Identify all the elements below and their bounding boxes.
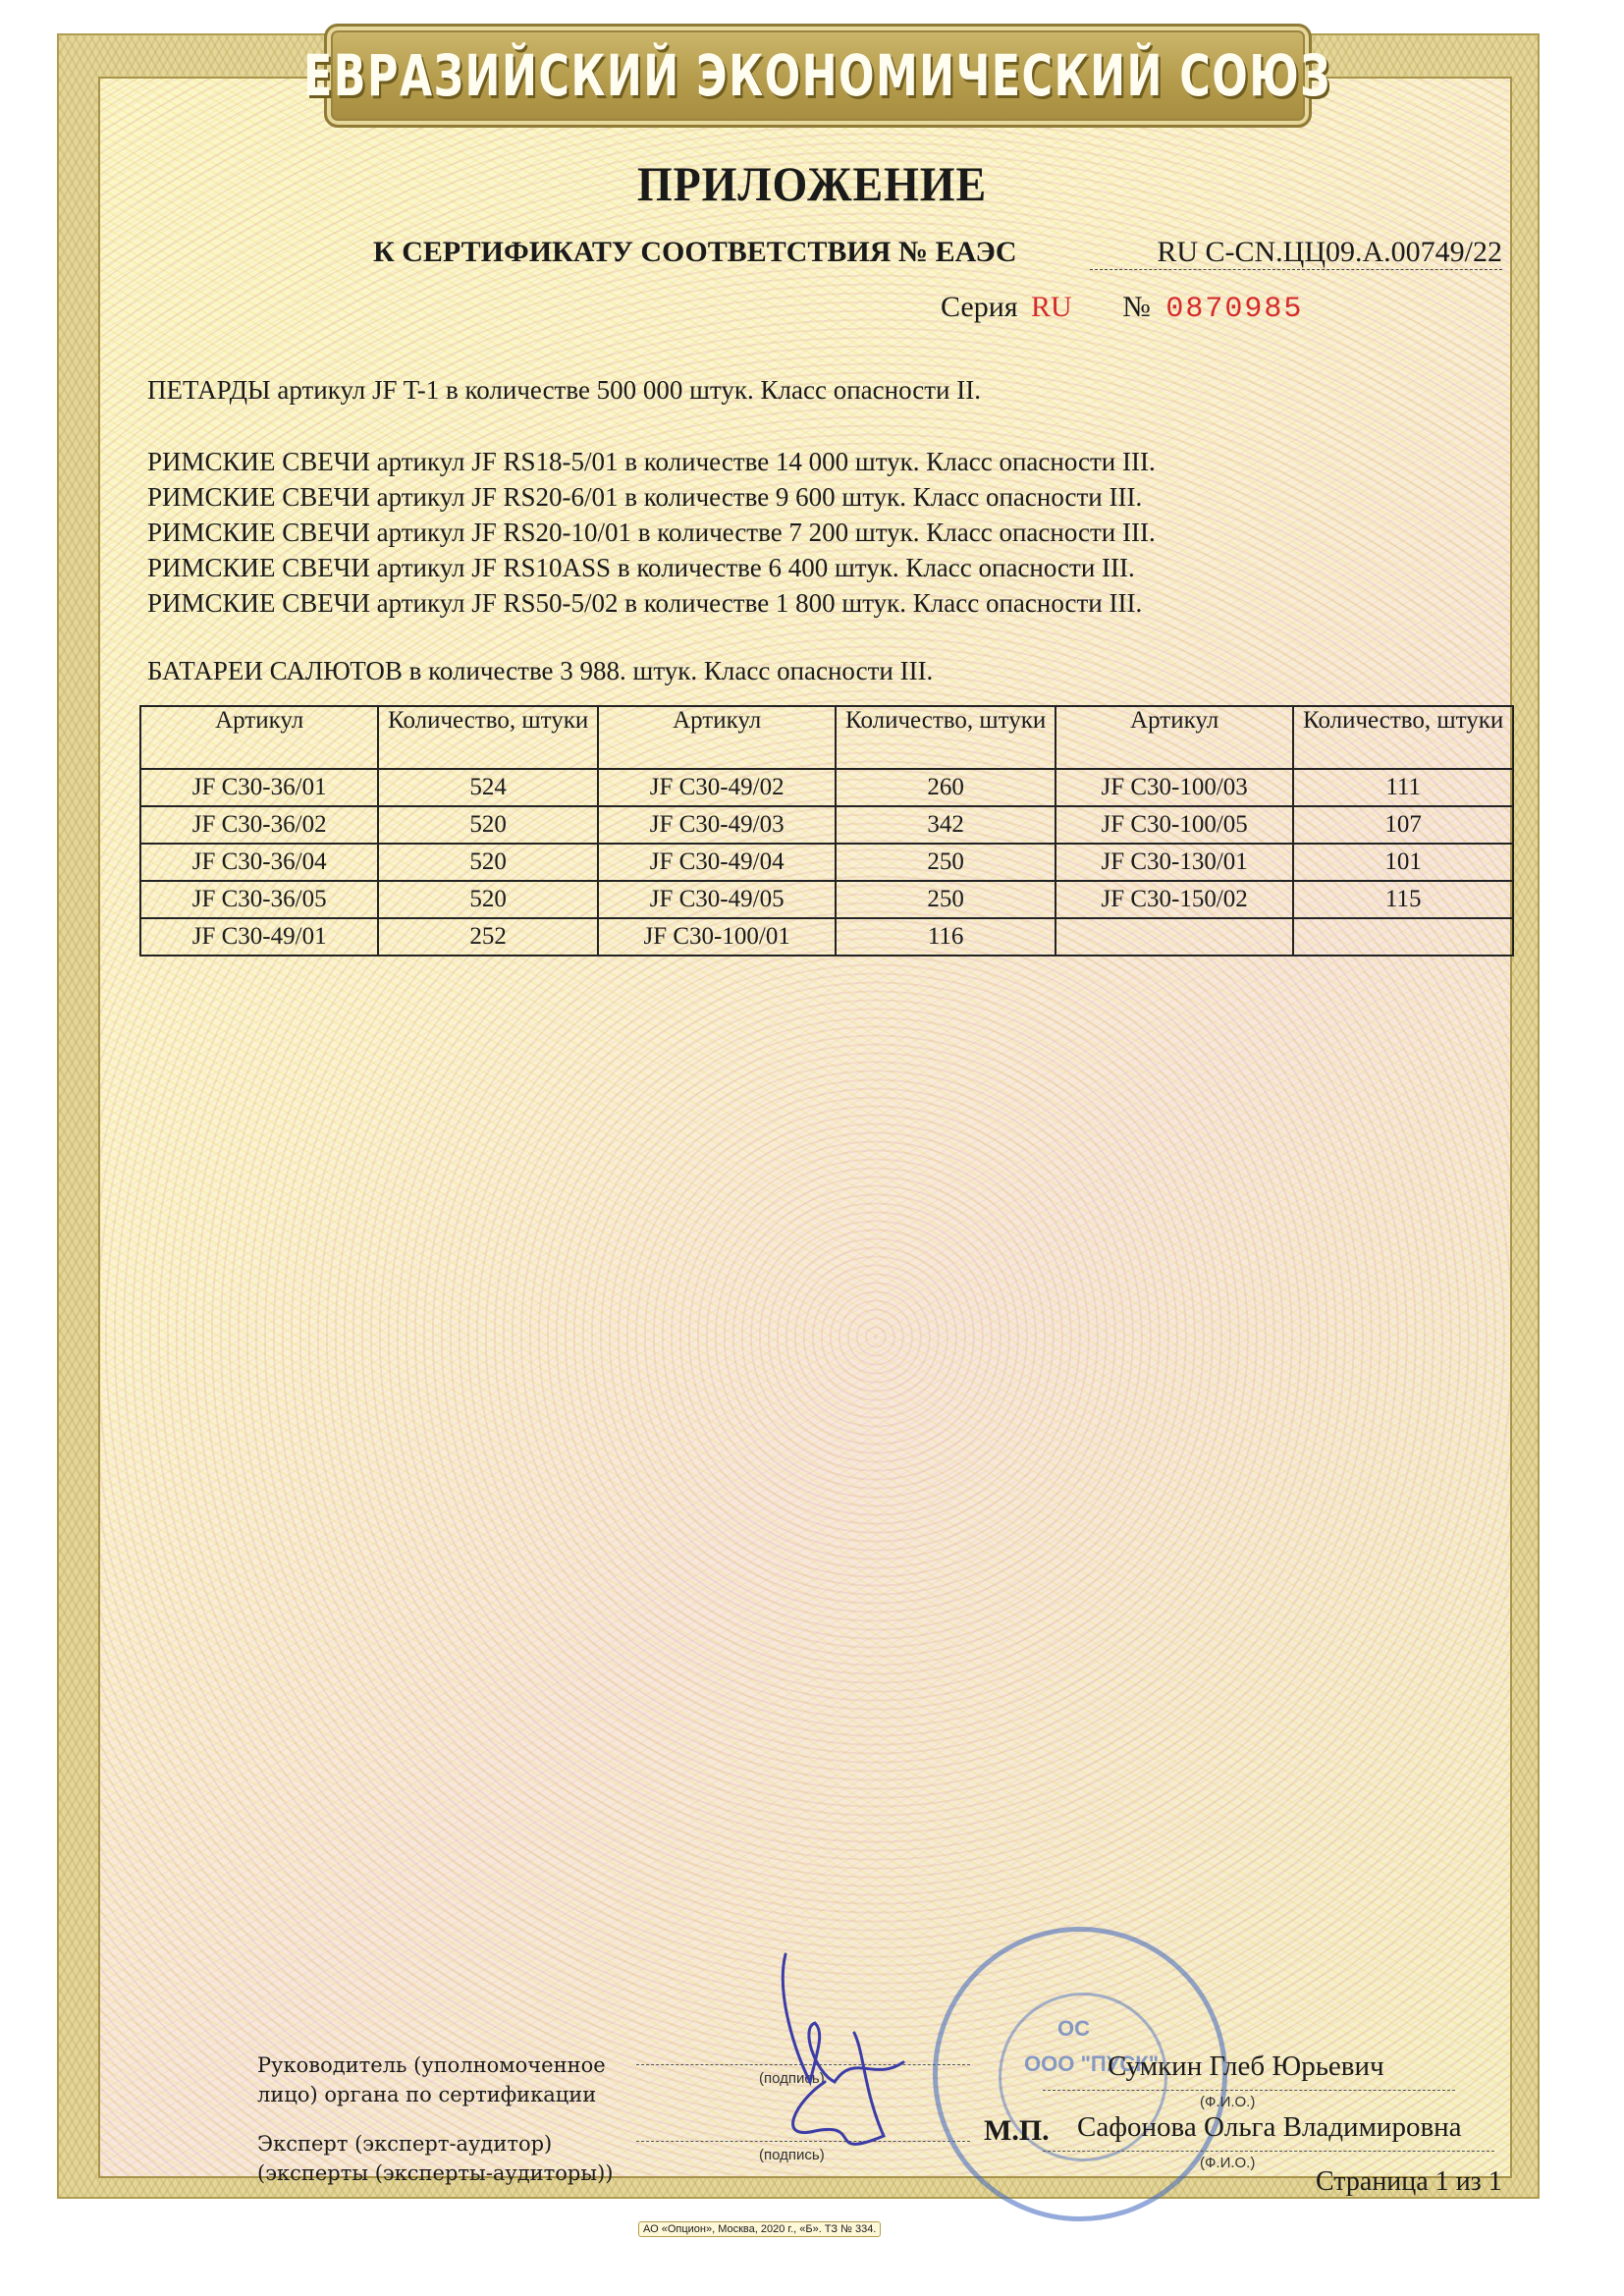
head-label-1: Руководитель (уполномоченное [257, 2050, 606, 2080]
roman-candle-line: РИМСКИЕ СВЕЧИ артикул JF RS20-6/01 в кол… [147, 482, 1142, 513]
column-header: Артикул [1056, 706, 1293, 769]
article-cell: JF C30-49/01 [140, 918, 378, 956]
quantity-cell: 115 [1293, 881, 1513, 918]
quantity-cell: 260 [836, 769, 1056, 806]
head-name-line [1043, 2090, 1455, 2091]
handwritten-signature [756, 1935, 933, 2160]
batteries-table: Артикул Количество, штуки Артикул Количе… [139, 705, 1514, 957]
roman-candle-line: РИМСКИЕ СВЕЧИ артикул JF RS50-5/02 в кол… [147, 588, 1142, 619]
quantity-cell: 250 [836, 881, 1056, 918]
article-cell: JF C30-49/02 [598, 769, 836, 806]
stamp-center-top: ОС [1057, 2016, 1090, 2042]
expert-fio-caption: (Ф.И.О.) [1200, 2155, 1255, 2171]
head-fio-caption: (Ф.И.О.) [1200, 2094, 1255, 2110]
quantity-cell: 520 [378, 844, 598, 881]
article-cell: JF C30-36/05 [140, 881, 378, 918]
quantity-cell: 252 [378, 918, 598, 956]
series-label: Серия [941, 291, 1018, 323]
expert-name: Сафонова Ольга Владимировна [1077, 2111, 1462, 2144]
article-cell: JF C30-49/03 [598, 806, 836, 844]
roman-candle-line: РИМСКИЕ СВЕЧИ артикул JF RS10ASS в колич… [147, 553, 1135, 583]
expert-name-line [1043, 2151, 1494, 2152]
table-header-row: Артикул Количество, штуки Артикул Количе… [140, 706, 1513, 769]
number-label: № [1122, 291, 1151, 323]
expert-label-1: Эксперт (эксперт-аудитор) [257, 2129, 552, 2159]
article-cell: JF C30-49/04 [598, 844, 836, 881]
article-cell: JF C30-36/04 [140, 844, 378, 881]
quantity-cell: 116 [836, 918, 1056, 956]
table-row: JF C30-49/01252JF C30-100/01116 [140, 918, 1513, 956]
article-cell [1056, 918, 1293, 956]
table-row: JF C30-36/02520JF C30-49/03342JF C30-100… [140, 806, 1513, 844]
page-title: ПРИЛОЖЕНИЕ [65, 155, 1559, 212]
roman-candle-line: РИМСКИЕ СВЕЧИ артикул JF RS20-10/01 в ко… [147, 518, 1156, 548]
series-line: Серия RU № 0870985 [941, 291, 1303, 326]
article-cell: JF C30-100/03 [1056, 769, 1293, 806]
quantity-cell [1293, 918, 1513, 956]
head-label-2: лицо) органа по сертификации [257, 2080, 596, 2109]
article-cell: JF C30-49/05 [598, 881, 836, 918]
column-header: Количество, штуки [378, 706, 598, 769]
quantity-cell: 250 [836, 844, 1056, 881]
quantity-cell: 107 [1293, 806, 1513, 844]
expert-label-2: (эксперты (эксперты-аудиторы)) [257, 2159, 613, 2188]
table-row: JF C30-36/01524JF C30-49/02260JF C30-100… [140, 769, 1513, 806]
quantity-cell: 342 [836, 806, 1056, 844]
printer-imprint: АО «Опцион», Москва, 2020 г., «Б». ТЗ № … [638, 2221, 881, 2237]
certificate-prefix: К СЕРТИФИКАТУ СООТВЕТСТВИЯ № ЕАЭС [373, 236, 1017, 269]
article-cell: JF C30-100/01 [598, 918, 836, 956]
roman-candle-line: РИМСКИЕ СВЕЧИ артикул JF RS18-5/01 в кол… [147, 447, 1156, 477]
quantity-cell: 101 [1293, 844, 1513, 881]
eaeu-banner: ЕВРАЗИЙСКИЙ ЭКОНОМИЧЕСКИЙ СОЮЗ [324, 24, 1312, 128]
batteries-line: БАТАРЕИ САЛЮТОВ в количестве 3 988. штук… [147, 656, 933, 686]
quantity-cell: 520 [378, 806, 598, 844]
banner-title: ЕВРАЗИЙСКИЙ ЭКОНОМИЧЕСКИЙ СОЮЗ [303, 42, 1331, 109]
column-header: Количество, штуки [1293, 706, 1513, 769]
quantity-cell: 111 [1293, 769, 1513, 806]
certificate-number: RU C-CN.ЦЦ09.А.00749/22 [1090, 236, 1502, 270]
column-header: Количество, штуки [836, 706, 1056, 769]
table-row: JF C30-36/05520JF C30-49/05250JF C30-150… [140, 881, 1513, 918]
article-cell: JF C30-100/05 [1056, 806, 1293, 844]
series-value: RU [1031, 291, 1072, 323]
stamp-place-mark: М.П. [984, 2114, 1050, 2148]
blank-number: 0870985 [1165, 293, 1303, 326]
page-number: Страница 1 из 1 [1316, 2166, 1502, 2198]
column-header: Артикул [140, 706, 378, 769]
column-header: Артикул [598, 706, 836, 769]
table-row: JF C30-36/04520JF C30-49/04250JF C30-130… [140, 844, 1513, 881]
quantity-cell: 524 [378, 769, 598, 806]
head-name: Сумкин Глеб Юрьевич [1108, 2050, 1384, 2083]
article-cell: JF C30-150/02 [1056, 881, 1293, 918]
article-cell: JF C30-36/01 [140, 769, 378, 806]
article-cell: JF C30-130/01 [1056, 844, 1293, 881]
article-cell: JF C30-36/02 [140, 806, 378, 844]
quantity-cell: 520 [378, 881, 598, 918]
firecrackers-line: ПЕТАРДЫ артикул JF T-1 в количестве 500 … [147, 375, 981, 406]
